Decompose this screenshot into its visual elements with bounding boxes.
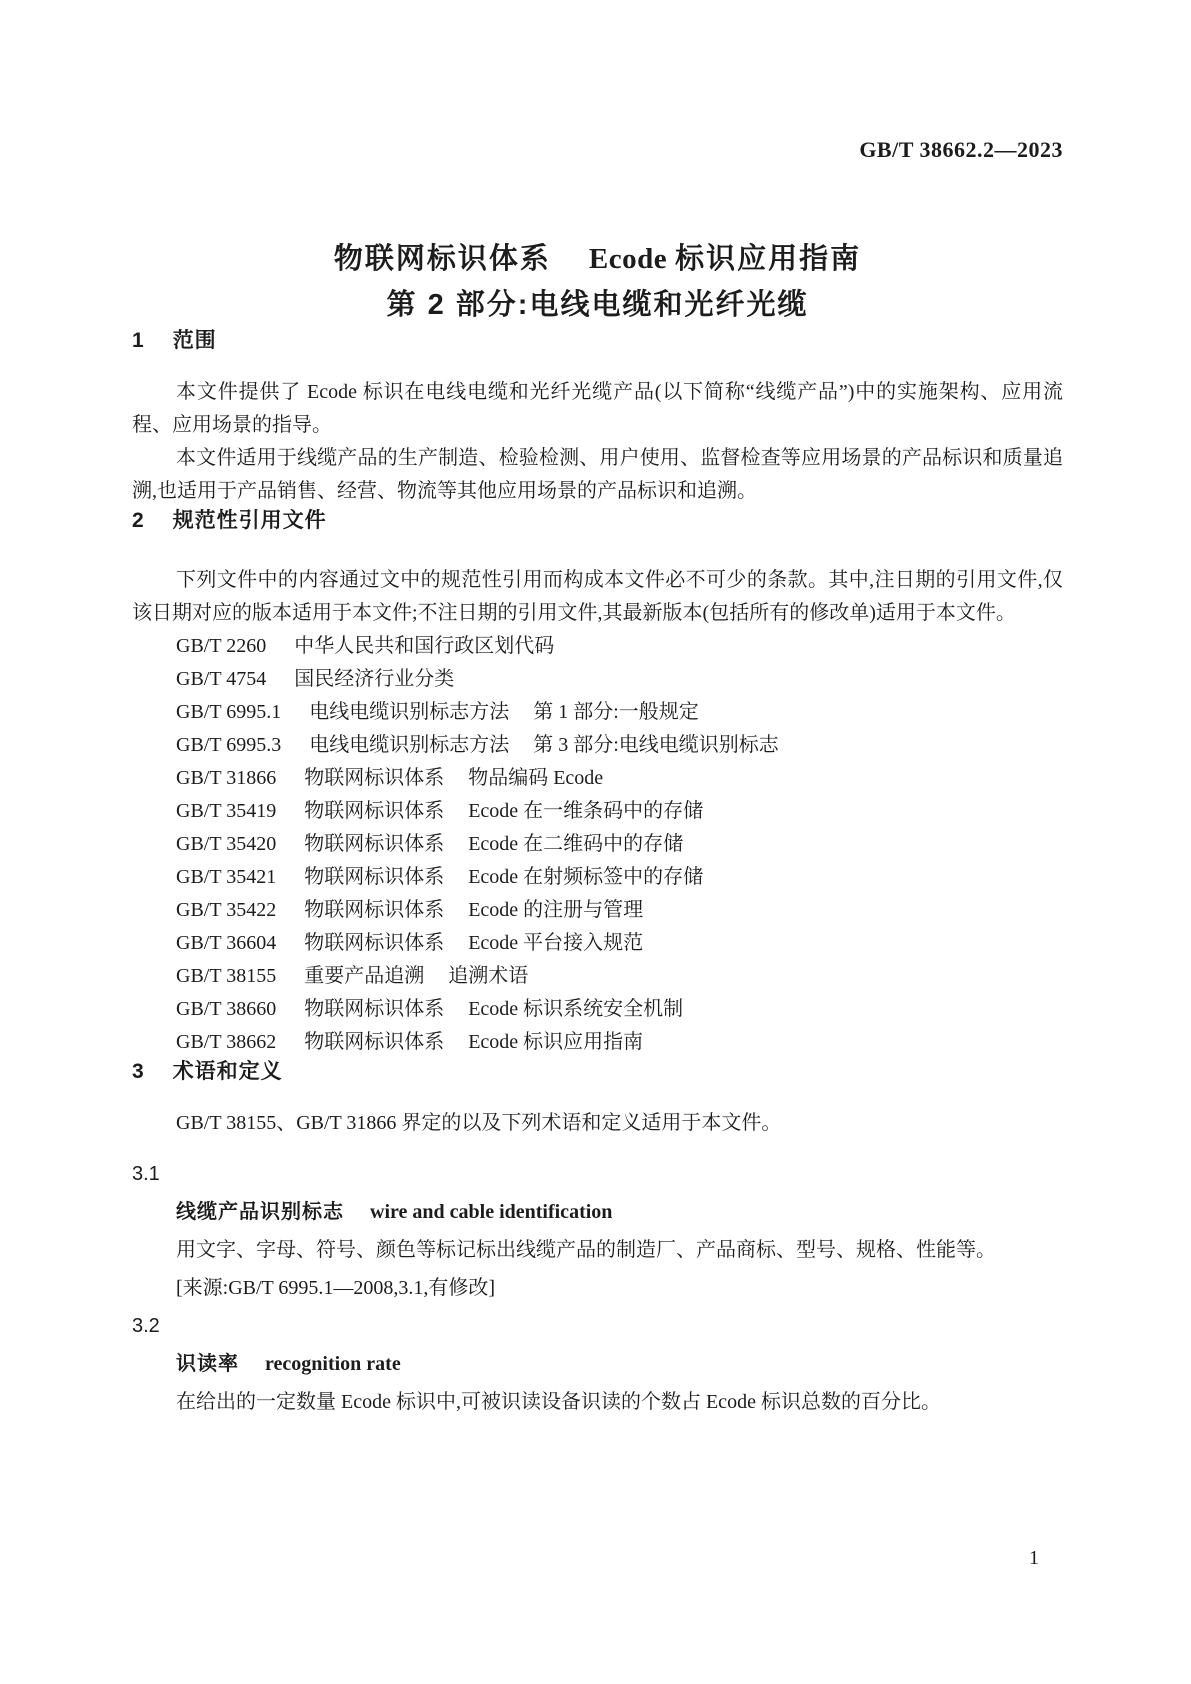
reference-title: 电线电缆识别标志方法 <box>309 734 509 756</box>
reference-subtitle: 物品编码 Ecode <box>468 767 603 789</box>
reference-code: GB/T 6995.1 <box>176 701 281 723</box>
title-line1-zh: 物联网标识体系 <box>334 243 551 275</box>
document-page: GB/T 38662.2—2023 物联网标识体系Ecode标识应用指南 第 2… <box>0 0 1191 1684</box>
section-2-number: 2 <box>132 509 145 532</box>
reference-code: GB/T 36604 <box>176 932 276 954</box>
reference-title: 中华人民共和国行政区划代码 <box>294 635 554 657</box>
reference-code: GB/T 35422 <box>176 899 276 921</box>
reference-item: GB/T 35421物联网标识体系Ecode 在射频标签中的存储 <box>132 861 1063 894</box>
reference-subtitle: 第 3 部分:电线电缆识别标志 <box>533 734 779 756</box>
reference-item: GB/T 36604物联网标识体系Ecode 平台接入规范 <box>132 927 1063 960</box>
reference-code: GB/T 35420 <box>176 833 276 855</box>
term-3-1-en: wire and cable identification <box>370 1201 612 1223</box>
reference-code: GB/T 6995.3 <box>176 734 281 756</box>
reference-title: 物联网标识体系 <box>304 767 444 789</box>
section-1-paragraph-1: 本文件提供了 Ecode 标识在电线电缆和光纤光缆产品(以下简称“线缆产品”)中… <box>132 376 1063 442</box>
section-3-intro: GB/T 38155、GB/T 31866 界定的以及下列术语和定义适用于本文件… <box>132 1107 1063 1140</box>
term-3-1: 线缆产品识别标志wire and cable identification <box>132 1193 1063 1231</box>
clause-number-3-2: 3.2 <box>132 1307 1063 1345</box>
standard-number: GB/T 38662.2—2023 <box>132 0 1063 162</box>
title-line1-ecode: Ecode <box>589 243 667 275</box>
reference-title: 物联网标识体系 <box>304 998 444 1020</box>
reference-subtitle: Ecode 平台接入规范 <box>468 932 643 954</box>
reference-title: 物联网标识体系 <box>304 899 444 921</box>
section-1-heading: 1范围 <box>132 328 1063 354</box>
term-3-1-source: [来源:GB/T 6995.1—2008,3.1,有修改] <box>132 1269 1063 1307</box>
reference-item: GB/T 2260中华人民共和国行政区划代码 <box>132 630 1063 663</box>
section-2-intro: 下列文件中的内容通过文中的规范性引用而构成本文件必不可少的条款。其中,注日期的引… <box>132 564 1063 630</box>
reference-title: 物联网标识体系 <box>304 932 444 954</box>
reference-title: 重要产品追溯 <box>304 965 424 987</box>
title-line-1: 物联网标识体系Ecode标识应用指南 <box>132 236 1063 282</box>
reference-code: GB/T 31866 <box>176 767 276 789</box>
reference-title: 物联网标识体系 <box>304 833 444 855</box>
reference-item: GB/T 38660物联网标识体系Ecode 标识系统安全机制 <box>132 993 1063 1026</box>
reference-subtitle: 追溯术语 <box>448 965 528 987</box>
reference-item: GB/T 6995.3电线电缆识别标志方法第 3 部分:电线电缆识别标志 <box>132 729 1063 762</box>
reference-subtitle: Ecode 在二维码中的存储 <box>468 833 683 855</box>
section-1-number: 1 <box>132 329 145 352</box>
reference-title: 物联网标识体系 <box>304 1031 444 1053</box>
reference-code: GB/T 2260 <box>176 635 266 657</box>
reference-item: GB/T 6995.1电线电缆识别标志方法第 1 部分:一般规定 <box>132 696 1063 729</box>
reference-title: 物联网标识体系 <box>304 866 444 888</box>
title-line-2: 第 2 部分:电线电缆和光纤光缆 <box>132 282 1063 328</box>
reference-item: GB/T 38155重要产品追溯追溯术语 <box>132 960 1063 993</box>
reference-subtitle: 第 1 部分:一般规定 <box>533 701 699 723</box>
reference-code: GB/T 38660 <box>176 998 276 1020</box>
reference-code: GB/T 35421 <box>176 866 276 888</box>
reference-code: GB/T 4754 <box>176 668 266 690</box>
term-3-2: 识读率recognition rate <box>132 1345 1063 1383</box>
term-3-1-definition: 用文字、字母、符号、颜色等标记标出线缆产品的制造厂、产品商标、型号、规格、性能等… <box>132 1231 1063 1269</box>
section-2-title: 规范性引用文件 <box>173 509 327 532</box>
reference-code: GB/T 38155 <box>176 965 276 987</box>
reference-code: GB/T 38662 <box>176 1031 276 1053</box>
page-number: 1 <box>1029 1546 1039 1570</box>
reference-item: GB/T 31866物联网标识体系物品编码 Ecode <box>132 762 1063 795</box>
reference-subtitle: Ecode 在射频标签中的存储 <box>468 866 703 888</box>
term-3-1-zh: 线缆产品识别标志 <box>176 1201 344 1223</box>
reference-subtitle: Ecode 标识系统安全机制 <box>468 998 683 1020</box>
section-3-title: 术语和定义 <box>173 1060 283 1083</box>
section-2-heading: 2规范性引用文件 <box>132 508 1063 534</box>
section-1-title: 范围 <box>173 329 217 352</box>
reference-title: 国民经济行业分类 <box>294 668 454 690</box>
title-line1-tail: 标识应用指南 <box>675 243 861 275</box>
reference-item: GB/T 35422物联网标识体系Ecode 的注册与管理 <box>132 894 1063 927</box>
reference-subtitle: Ecode 在一维条码中的存储 <box>468 800 703 822</box>
terms-and-definitions: 3.1 线缆产品识别标志wire and cable identificatio… <box>132 1155 1063 1421</box>
reference-subtitle: Ecode 的注册与管理 <box>468 899 643 921</box>
reference-title: 电线电缆识别标志方法 <box>309 701 509 723</box>
reference-item: GB/T 4754国民经济行业分类 <box>132 663 1063 696</box>
reference-title: 物联网标识体系 <box>304 800 444 822</box>
reference-item: GB/T 38662物联网标识体系Ecode 标识应用指南 <box>132 1026 1063 1059</box>
document-title: 物联网标识体系Ecode标识应用指南 第 2 部分:电线电缆和光纤光缆 <box>132 236 1063 328</box>
references-list: GB/T 2260中华人民共和国行政区划代码 GB/T 4754国民经济行业分类… <box>132 630 1063 1059</box>
section-3-number: 3 <box>132 1060 145 1083</box>
section-3-heading: 3术语和定义 <box>132 1059 1063 1085</box>
reference-subtitle: Ecode 标识应用指南 <box>468 1031 643 1053</box>
term-3-2-definition: 在给出的一定数量 Ecode 标识中,可被识读设备识读的个数占 Ecode 标识… <box>132 1383 1063 1421</box>
section-1-paragraph-2: 本文件适用于线缆产品的生产制造、检验检测、用户使用、监督检查等应用场景的产品标识… <box>132 442 1063 508</box>
reference-code: GB/T 35419 <box>176 800 276 822</box>
reference-item: GB/T 35419物联网标识体系Ecode 在一维条码中的存储 <box>132 795 1063 828</box>
reference-item: GB/T 35420物联网标识体系Ecode 在二维码中的存储 <box>132 828 1063 861</box>
term-3-2-zh: 识读率 <box>176 1353 239 1375</box>
term-3-2-en: recognition rate <box>265 1353 401 1375</box>
clause-number-3-1: 3.1 <box>132 1155 1063 1193</box>
